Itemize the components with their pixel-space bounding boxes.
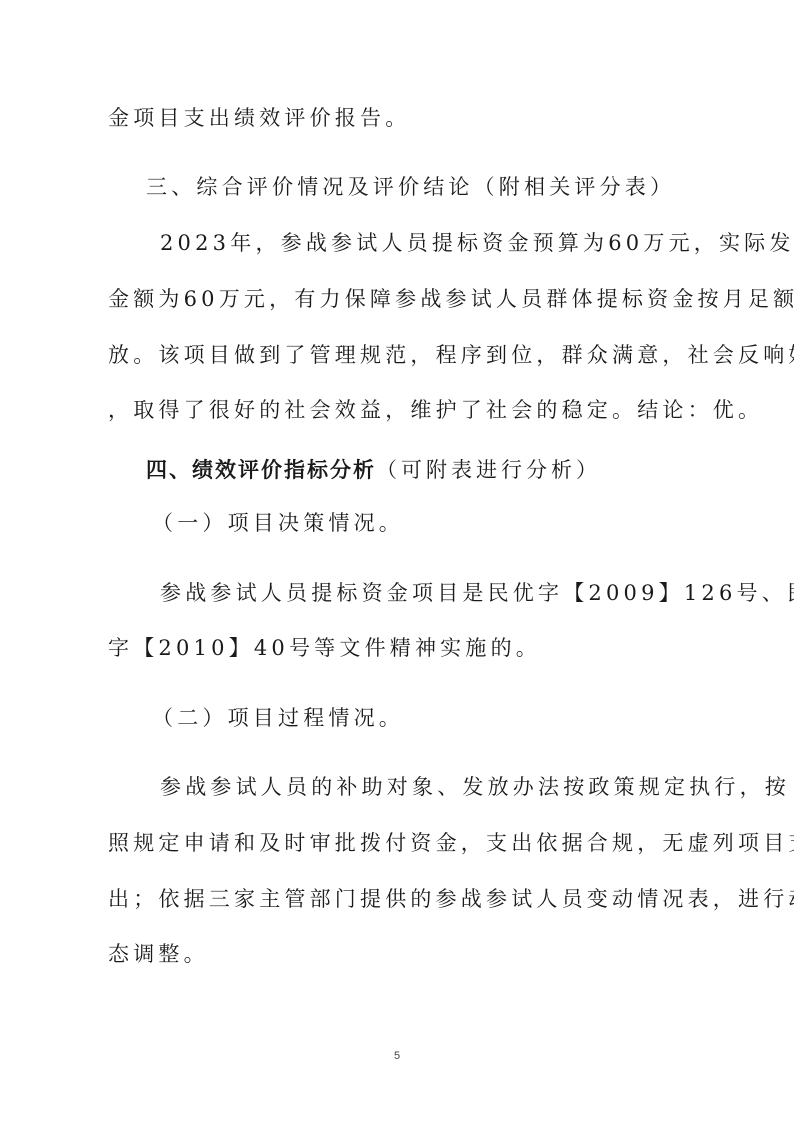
paragraph-line: 金额为60万元，有力保障参战参试人员群体提标资金按月足额发 bbox=[108, 289, 794, 310]
paragraph-line: 态调整。 bbox=[108, 944, 209, 965]
section-heading-4: 四、绩效评价指标分析（可附表进行分析） bbox=[146, 460, 601, 481]
paragraph-line: 参战参试人员提标资金项目是民优字【2009】126号、民优 bbox=[160, 583, 794, 604]
subsection-heading-2: （二）项目过程情况。 bbox=[152, 708, 404, 729]
paragraph-line: 放。该项目做到了管理规范，程序到位，群众满意，社会反响好 bbox=[108, 345, 794, 366]
subsection-heading-1: （一）项目决策情况。 bbox=[152, 513, 404, 534]
paragraph-line: 2023年，参战参试人员提标资金预算为60万元，实际发放 bbox=[160, 233, 794, 254]
section-heading-4-note: （可附表进行分析） bbox=[376, 458, 601, 482]
paragraph-line: 字【2010】40号等文件精神实施的。 bbox=[108, 638, 541, 659]
section-heading-3: 三、综合评价情况及评价结论（附相关评分表） bbox=[146, 177, 675, 198]
paragraph-line: ，取得了很好的社会效益，维护了社会的稳定。结论：优。 bbox=[108, 400, 763, 421]
paragraph-line: 照规定申请和及时审批拨付资金，支出依据合规，无虚列项目支 bbox=[108, 833, 794, 854]
section-heading-4-main: 四、绩效评价指标分析 bbox=[146, 458, 376, 482]
paragraph-line: 金项目支出绩效评价报告。 bbox=[108, 108, 410, 129]
paragraph-line: 参战参试人员的补助对象、发放办法按政策规定执行，按 bbox=[160, 777, 790, 798]
page-number: 5 bbox=[0, 1050, 794, 1062]
paragraph-line: 出；依据三家主管部门提供的参战参试人员变动情况表，进行动 bbox=[108, 889, 794, 910]
